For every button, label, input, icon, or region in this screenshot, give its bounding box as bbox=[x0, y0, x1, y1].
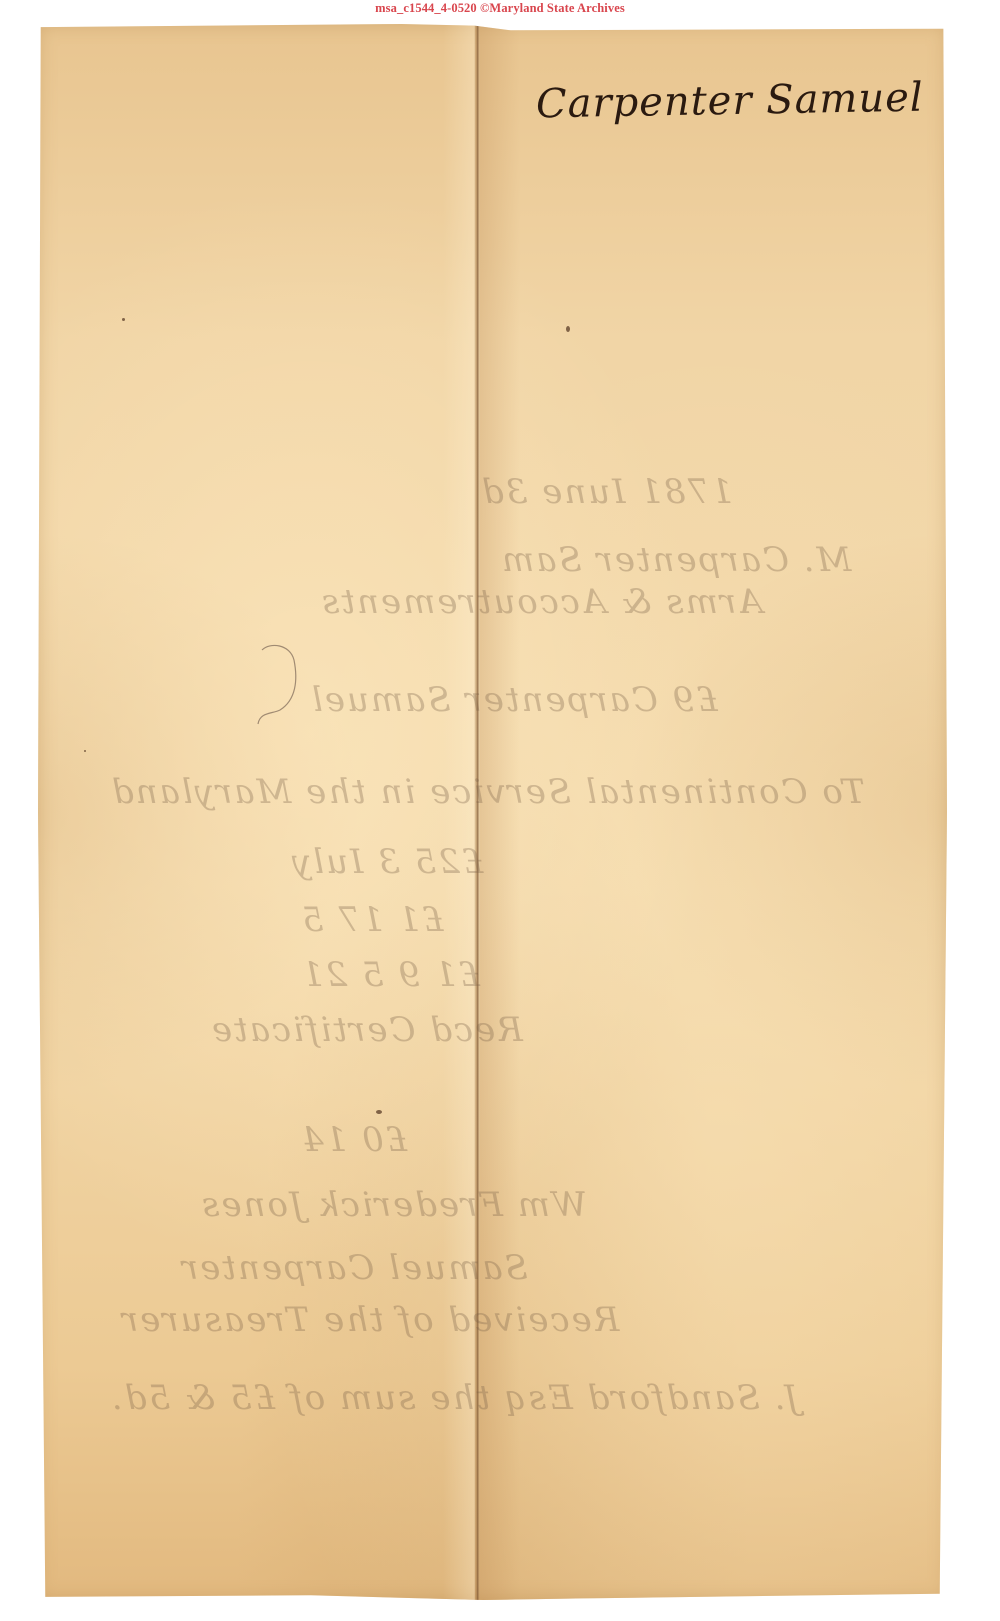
bleed-through-line: J. Sandford Esq the sum of £5 & 5d. bbox=[110, 1378, 799, 1418]
bleed-through-line: Arms & Accoutrements bbox=[320, 582, 763, 622]
ink-speck bbox=[84, 750, 86, 752]
bleed-through-line: Received of the Treasurer bbox=[120, 1300, 619, 1340]
bleed-through-line: Samuel Carpenter bbox=[180, 1248, 528, 1288]
bleed-through-line: Recd Certificate bbox=[210, 1010, 523, 1050]
bleed-through-line: 1781 Iune 3d bbox=[480, 472, 733, 512]
bleed-through-line: £9 Carpenter Samuel bbox=[310, 680, 718, 720]
docket-name: Carpenter Samuel bbox=[536, 75, 924, 128]
document-page: Carpenter Samuel 1781 Iune 3dM. Carpente… bbox=[38, 24, 947, 1600]
fold-shadow bbox=[480, 24, 520, 1600]
ink-speck bbox=[376, 1110, 382, 1114]
ink-speck bbox=[122, 318, 125, 321]
bleed-through-line: £0 14 bbox=[300, 1120, 407, 1160]
pencil-bracket-mark bbox=[250, 640, 298, 726]
ink-speck bbox=[566, 326, 570, 332]
bleed-through-line: M. Carpenter Sam bbox=[500, 540, 851, 580]
bleed-through-line: £1 9 5 21 bbox=[300, 955, 480, 995]
bleed-through-line: £25 3 Iuly bbox=[290, 842, 484, 882]
fold-highlight bbox=[443, 24, 475, 1600]
archive-watermark: msa_c1544_4-0520 ©Maryland State Archive… bbox=[0, 0, 1000, 16]
bleed-through-line: Wm Frederick Jones bbox=[200, 1185, 587, 1225]
bleed-through-line: £1 17 5 bbox=[300, 900, 444, 940]
bleed-through-line: To Continental Service in the Maryland bbox=[110, 772, 865, 812]
